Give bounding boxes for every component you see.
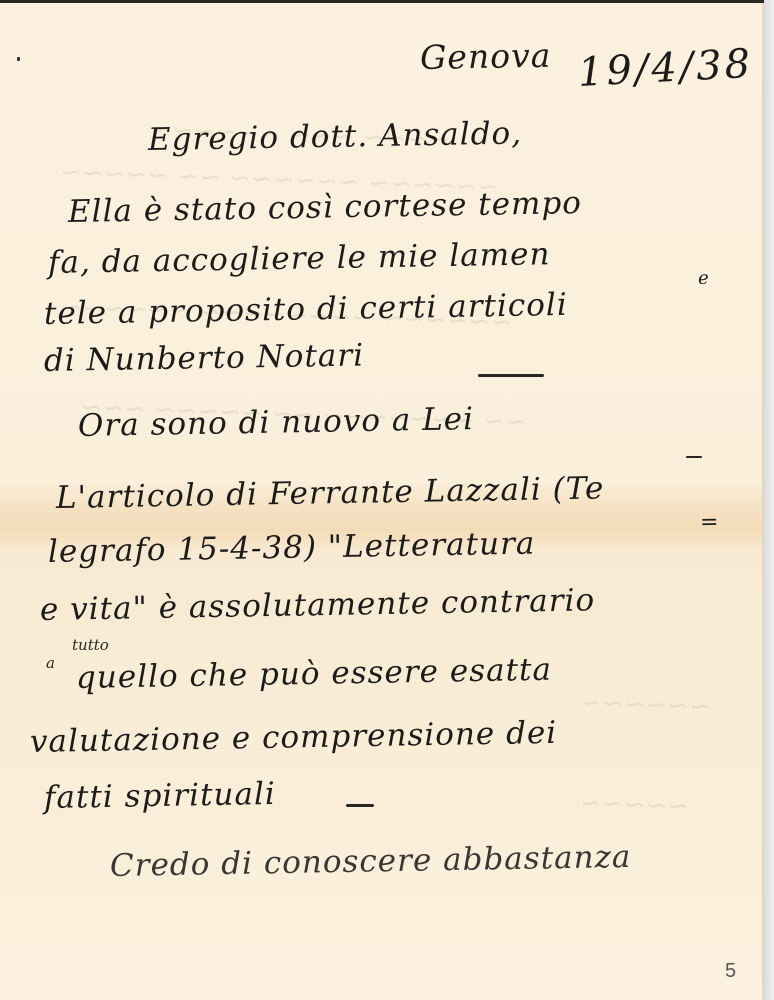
line-end-mark: e <box>698 268 710 289</box>
line-end-mark: = <box>700 510 720 535</box>
letter-date: 19/4/38 <box>577 41 754 96</box>
ink-speck <box>17 57 20 61</box>
dash-mark <box>346 804 374 807</box>
scan-right-edge <box>764 0 774 1000</box>
letter-line: fatti spirituali <box>44 776 276 816</box>
page-number: 5 <box>725 960 736 983</box>
interlinear-insertion: tutto <box>72 636 109 654</box>
letter-place: Genova <box>420 36 552 77</box>
letter-line: di Nunberto Notari <box>44 337 365 379</box>
letter-salutation: Egregio dott. Ansaldo, <box>148 115 523 158</box>
insertion-prefix: a <box>46 654 55 672</box>
dash-mark <box>478 374 544 377</box>
dash-mark <box>686 456 702 458</box>
letter-line: Ora sono di nuovo a Lei <box>78 401 475 444</box>
